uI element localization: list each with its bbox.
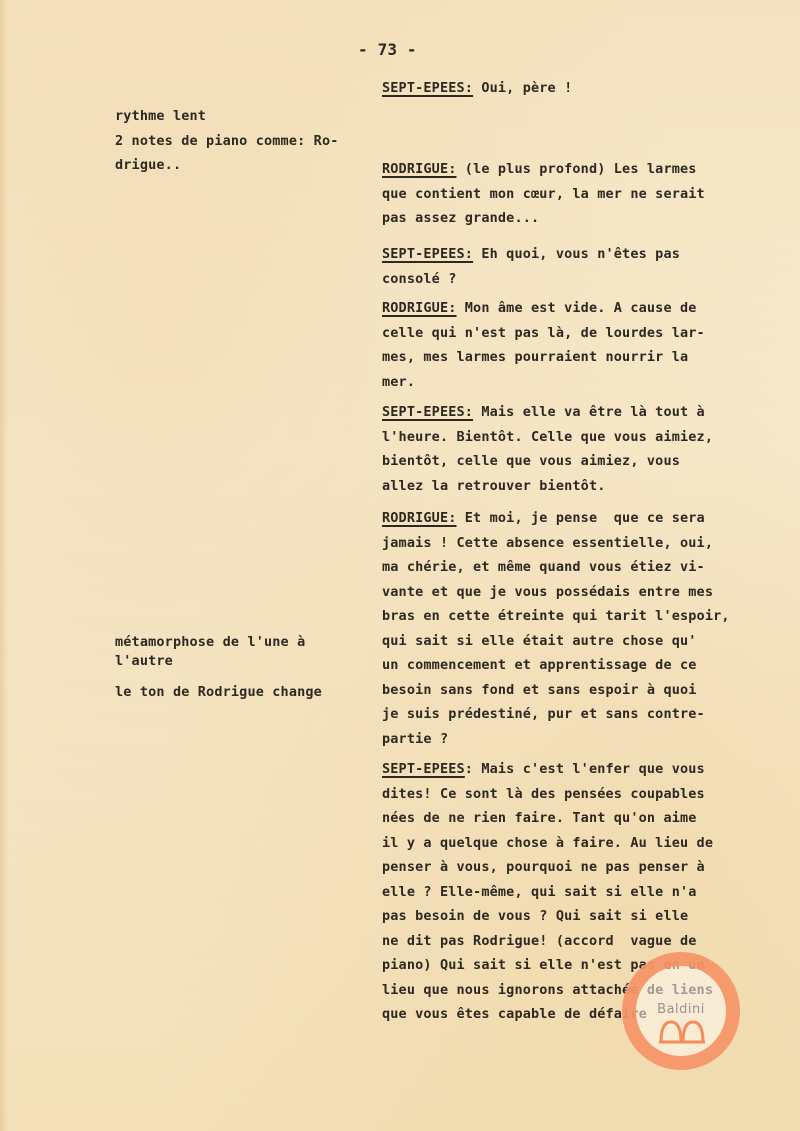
dialogue-line-5: SEPT-EPEES: Mais elle va être là tout à … <box>382 400 713 498</box>
dialogue-line-6: RODRIGUE: Et moi, je pense que ce sera j… <box>382 506 730 751</box>
speaker-name: SEPT-EPEES: <box>382 80 473 96</box>
speaker-name: RODRIGUE: <box>382 510 457 526</box>
stamp-label: Baldini <box>636 1002 726 1017</box>
document-page: - 73 - rythme lent 2 notes de piano comm… <box>0 0 800 1131</box>
speaker-name: SEPT-EPEES <box>382 761 465 777</box>
library-stamp: Baldini <box>622 952 740 1070</box>
speaker-name: RODRIGUE: <box>382 161 457 177</box>
dialogue-line-2: RODRIGUE: (le plus profond) Les larmes q… <box>382 157 705 231</box>
dialogue-line-3: SEPT-EPEES: Eh quoi, vous n'êtes pas con… <box>382 242 680 291</box>
speaker-name: RODRIGUE: <box>382 300 457 316</box>
dialogue-line-4: RODRIGUE: Mon âme est vide. A cause de c… <box>382 296 705 394</box>
margin-note-ton: le ton de Rodrigue change <box>115 680 322 705</box>
paper-edge <box>0 0 8 1131</box>
margin-note-rythme: rythme lent 2 notes de piano comme: Ro- … <box>115 104 339 178</box>
page-number: - 73 - <box>358 38 417 63</box>
dialogue-line-1: SEPT-EPEES: Oui, père ! <box>382 76 572 101</box>
speaker-name: SEPT-EPEES: <box>382 404 473 420</box>
margin-note-metamorphose: métamorphose de l'une à l'autre <box>115 633 305 671</box>
speaker-name: SEPT-EPEES: <box>382 246 473 262</box>
library-logo-icon <box>658 1018 706 1044</box>
